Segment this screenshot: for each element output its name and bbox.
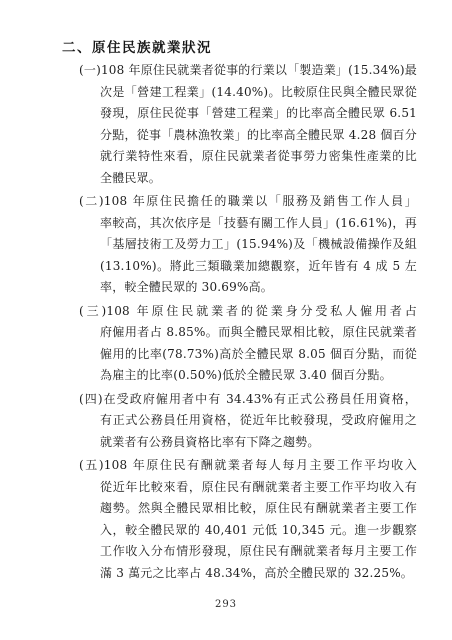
paragraph-line: 入，較全體民眾的 40,401 元低 10,345 元。進一步觀察每月主要: [79, 520, 417, 542]
paragraph-line-text: 108 年原住民有酬就業者每人每月主要工作平均收入 30,056 元，: [79, 458, 417, 477]
paragraph-line: 有正式公務員任用資格，從近年比較發現，受政府僱用之原住民: [79, 410, 417, 432]
paragraph-line: 府僱用者占 8.85%。而與全體民眾相比較，原住民就業者受私人: [79, 322, 417, 344]
paragraph-line-text: 從近年比較來看，原住民有酬就業者主要工作平均收入有成長之: [100, 480, 417, 499]
paragraph-line: 為雇主的比率(0.50%)低於全體民眾 3.40 個百分點。: [79, 365, 417, 387]
paragraph-line-text: 108 年原住民擔任的職業以「服務及銷售工作人員」(24.64%)比: [79, 194, 417, 213]
paragraph-line-text: 「基層技術工及勞力工」(15.94%)及「機械設備操作及組裝人員」: [100, 237, 417, 256]
paragraph-line: 率，較全體民眾的 30.69%高。: [79, 277, 417, 299]
paragraph-label: (三): [79, 304, 106, 318]
paragraph: (二)108 年原住民擔任的職業以「服務及銷售工作人員」(24.64%)比率較高…: [79, 191, 417, 299]
paragraph-line-text: 為雇主的比率(0.50%)低於全體民眾 3.40 個百分點。: [100, 368, 392, 382]
paragraph-line: 工作收入分布情形發現，原住民有酬就業者每月主要工作收入未: [79, 541, 417, 563]
paragraph-line-text: 率較高，其次依序是「技藝有關工作人員」(16.61%)，再其次是: [100, 216, 417, 235]
paragraph-line-text: 在受政府僱用者中有 34.43%有正式公務員任用資格，65.57%沒: [79, 392, 417, 411]
paragraph-line-text: 率，較全體民眾的 30.69%高。: [100, 280, 273, 294]
paragraph-label: (五): [79, 458, 104, 472]
paragraph-line-text: 就行業特性來看，原住民就業者從事勞力密集性產業的比率高於: [100, 149, 417, 168]
paragraph-line: 次是「營建工程業」(14.40%)。比較原住民與全體民眾從事行業: [79, 82, 417, 104]
paragraph: (五)108 年原住民有酬就業者每人每月主要工作平均收入 30,056 元，從近…: [79, 455, 417, 584]
paragraph-line-text: 入，較全體民眾的 40,401 元低 10,345 元。進一步觀察每月主要: [100, 523, 417, 542]
paragraph-label: (一): [79, 63, 101, 77]
paragraph-line: 就業者有公務員資格比率有下降之趨勢。: [79, 432, 417, 454]
paragraph-line: 分點，從事「農林漁牧業」的比率高全體民眾 4.28 個百分點。: [79, 125, 417, 147]
paragraph-line-text: 滿 3 萬元之比率占 48.34%，高於全體民眾的 32.25%。: [100, 566, 413, 580]
section-heading: 二、原住民族就業狀況: [62, 36, 212, 56]
paragraph-list: (一)108 年原住民就業者從事的行業以「製造業」(15.34%)最高，其次是「…: [79, 60, 417, 586]
paragraph: (一)108 年原住民就業者從事的行業以「製造業」(15.34%)最高，其次是「…: [79, 60, 417, 189]
document-page: 二、原住民族就業狀況 (一)108 年原住民就業者從事的行業以「製造業」(15.…: [0, 0, 452, 640]
paragraph-line: 滿 3 萬元之比率占 48.34%，高於全體民眾的 32.25%。: [79, 563, 417, 585]
paragraph-line: 趨勢。然與全體民眾相比較，原住民有酬就業者主要工作平均收: [79, 498, 417, 520]
paragraph-label: (二): [79, 194, 104, 208]
page-number: 293: [0, 599, 452, 610]
paragraph-line-text: 108 年原住民就業者從事的行業以「製造業」(15.34%)最高，其: [79, 63, 417, 82]
paragraph-line: (13.10%)。將此三類職業加總觀察，近年皆有 4 成 5 左右的比: [79, 256, 417, 278]
paragraph-line: (三)108 年原住民就業者的從業身分受私人僱用者占 78.73%，受政: [79, 301, 417, 323]
paragraph: (四)在受政府僱用者中有 34.43%有正式公務員任用資格，65.57%沒有正式…: [79, 389, 417, 454]
paragraph-line: (四)在受政府僱用者中有 34.43%有正式公務員任用資格，65.57%沒: [79, 389, 417, 411]
paragraph-line: 發現，原住民從事「營建工程業」的比率高全體民眾 6.51 個百: [79, 103, 417, 125]
paragraph-line-text: 108 年原住民就業者的從業身分受私人僱用者占 78.73%，受政: [79, 304, 417, 323]
paragraph-line: 從近年比較來看，原住民有酬就業者主要工作平均收入有成長之: [79, 477, 417, 499]
paragraph-line-text: 府僱用者占 8.85%。而與全體民眾相比較，原住民就業者受私人: [100, 325, 417, 344]
paragraph-line-text: 工作收入分布情形發現，原住民有酬就業者每月主要工作收入未: [100, 544, 417, 563]
paragraph-label: (四): [79, 392, 103, 406]
paragraph-line-text: 趨勢。然與全體民眾相比較，原住民有酬就業者主要工作平均收: [100, 501, 417, 520]
paragraph-line-text: 有正式公務員任用資格，從近年比較發現，受政府僱用之原住民: [100, 413, 417, 432]
paragraph-line-text: 僱用的比率(78.73%)高於全體民眾 8.05 個百分點，而從業身分: [100, 347, 417, 366]
paragraph-line: 僱用的比率(78.73%)高於全體民眾 8.05 個百分點，而從業身分: [79, 344, 417, 366]
paragraph-line-text: 分點，從事「農林漁牧業」的比率高全體民眾 4.28 個百分點。: [100, 128, 417, 147]
paragraph-line: (二)108 年原住民擔任的職業以「服務及銷售工作人員」(24.64%)比: [79, 191, 417, 213]
paragraph-line: (一)108 年原住民就業者從事的行業以「製造業」(15.34%)最高，其: [79, 60, 417, 82]
paragraph-line-text: 全體民眾。: [100, 171, 161, 185]
paragraph-line: 就行業特性來看，原住民就業者從事勞力密集性產業的比率高於: [79, 146, 417, 168]
paragraph-line-text: (13.10%)。將此三類職業加總觀察，近年皆有 4 成 5 左右的比: [100, 259, 417, 278]
paragraph-line-text: 就業者有公務員資格比率有下降之趨勢。: [100, 435, 320, 449]
paragraph-line: 率較高，其次依序是「技藝有關工作人員」(16.61%)，再其次是: [79, 213, 417, 235]
paragraph-line-text: 次是「營建工程業」(14.40%)。比較原住民與全體民眾從事行業: [100, 85, 417, 104]
paragraph-line-text: 發現，原住民從事「營建工程業」的比率高全體民眾 6.51 個百: [100, 106, 417, 125]
paragraph-line: 全體民眾。: [79, 168, 417, 190]
paragraph-line: (五)108 年原住民有酬就業者每人每月主要工作平均收入 30,056 元，: [79, 455, 417, 477]
paragraph: (三)108 年原住民就業者的從業身分受私人僱用者占 78.73%，受政府僱用者…: [79, 301, 417, 387]
paragraph-line: 「基層技術工及勞力工」(15.94%)及「機械設備操作及組裝人員」: [79, 234, 417, 256]
